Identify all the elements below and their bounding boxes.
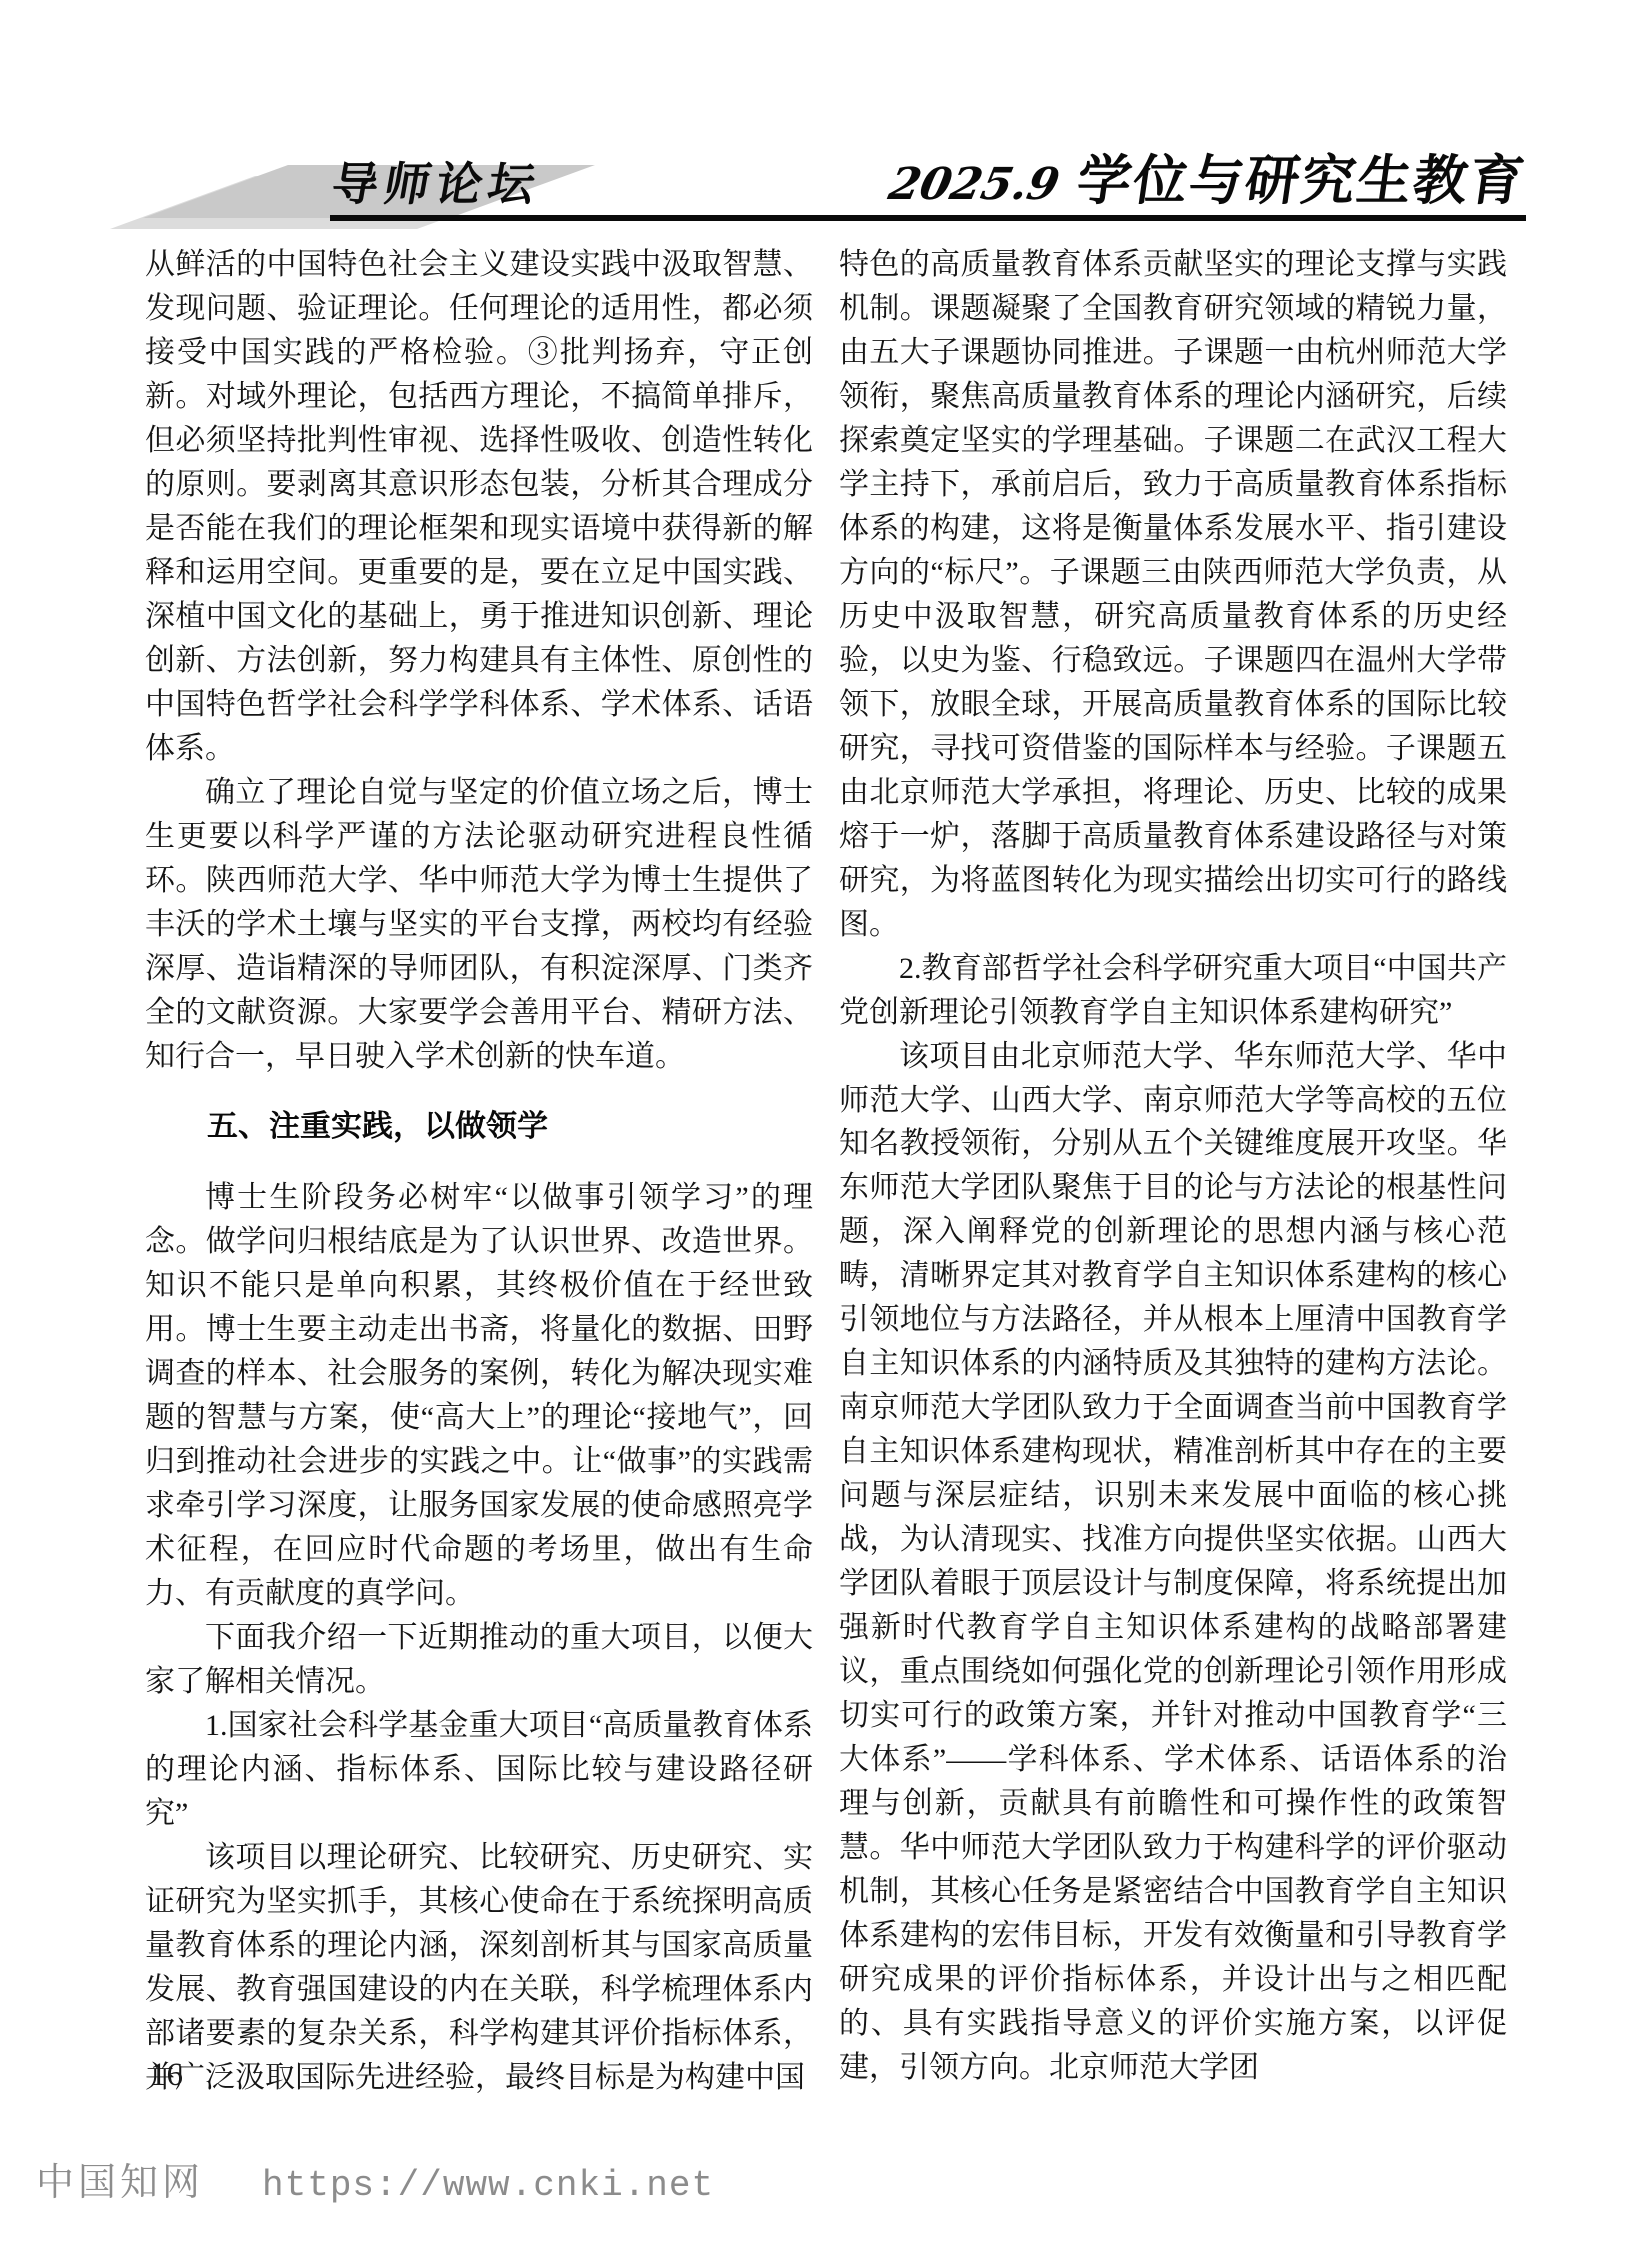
- paragraph: 下面我介绍一下近期推动的重大项目，以便大家了解相关情况。: [145, 1616, 813, 1704]
- journal-title: 学位与研究生教育: [1073, 138, 1532, 215]
- site-name: 中国知网: [36, 2151, 204, 2206]
- paragraph: 特色的高质量教育体系贡献坚实的理论支撑与实践机制。课题凝聚了全国教育研究领域的精…: [839, 243, 1507, 947]
- site-footer: 中国知网 https://www.cnki.net: [36, 2151, 714, 2206]
- page-number: 16: [150, 2057, 183, 2094]
- paragraph: 该项目由北京师范大学、华东师范大学、华中师范大学、山西大学、南京师范大学等高校的…: [839, 1035, 1507, 2090]
- left-column: 从鲜活的中国特色社会主义建设实践中汲取智慧、发现问题、验证理论。任何理论的适用性…: [145, 243, 813, 2100]
- paragraph: 从鲜活的中国特色社会主义建设实践中汲取智慧、发现问题、验证理论。任何理论的适用性…: [145, 243, 813, 771]
- header-rule: [330, 215, 1526, 221]
- paragraph: 该项目以理论研究、比较研究、历史研究、实证研究为坚实抓手，其核心使命在于系统探明…: [145, 1836, 813, 2100]
- paragraph: 确立了理论自觉与坚定的价值立场之后，博士生更要以科学严谨的方法论驱动研究进程良性…: [145, 771, 813, 1079]
- paragraph: 博士生阶段务必树牢“以做事引领学习”的理念。做学问归根结底是为了认识世界、改造世…: [145, 1176, 813, 1616]
- project-item-title: 2.教育部哲学社会科学研究重大项目“中国共产党创新理论引领教育学自主知识体系建构…: [839, 947, 1507, 1035]
- section-heading: 五、注重实践，以做领学: [145, 1105, 813, 1148]
- right-column: 特色的高质量教育体系贡献坚实的理论支撑与实践机制。课题凝聚了全国教育研究领域的精…: [839, 243, 1507, 2090]
- issue-number: 2025.9: [884, 159, 1063, 210]
- journal-page: 导师论坛 2025.9 学位与研究生教育 从鲜活的中国特色社会主义建设实践中汲取…: [0, 0, 1652, 2244]
- column-tag: 导师论坛: [327, 148, 547, 214]
- journal-masthead: 2025.9 学位与研究生教育: [890, 138, 1526, 215]
- project-item-title: 1.国家社会科学基金重大项目“高质量教育体系的理论内涵、指标体系、国际比较与建设…: [145, 1704, 813, 1836]
- site-url: https://www.cnki.net: [262, 2165, 714, 2206]
